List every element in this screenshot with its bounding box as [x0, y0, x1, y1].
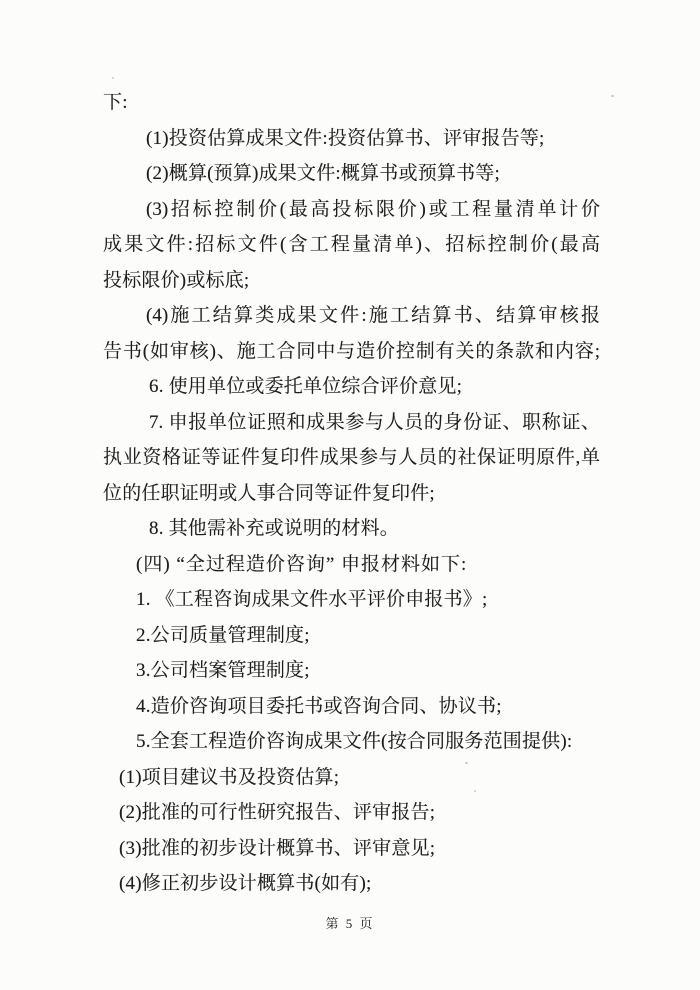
text-line: 告书(如审核)、施工合同中与造价控制有关的条款和内容; — [103, 334, 600, 370]
document-body: 下: (1)投资估算成果文件:投资估算书、评审报告等; (2)概算(预算)成果文… — [103, 85, 600, 902]
text-line: (1)投资估算成果文件:投资估算书、评审报告等; — [103, 121, 600, 157]
scan-speck — [474, 790, 476, 792]
page-number: 第 5 页 — [0, 915, 700, 933]
text-line: (3)招标控制价(最高投标限价)或工程量清单计价 — [103, 192, 600, 228]
text-line: 下: — [103, 85, 600, 121]
text-line: 7. 申报单位证照和成果参与人员的身份证、职称证、 — [103, 405, 600, 441]
text-line: (四) “全过程造价咨询” 申报材料如下: — [103, 547, 600, 583]
text-line: 3.公司档案管理制度; — [103, 653, 600, 689]
text-line: 2.公司质量管理制度; — [103, 618, 600, 654]
scan-speck — [465, 762, 468, 764]
text-line: 位的任职证明或人事合同等证件复印件; — [103, 476, 600, 512]
text-line: 成果文件:招标文件(含工程量清单)、招标控制价(最高 — [103, 227, 600, 263]
text-line: (2)概算(预算)成果文件:概算书或预算书等; — [103, 156, 600, 192]
text-line: 1. 《工程咨询成果文件水平评价申报书》; — [103, 582, 600, 618]
text-line: 投标限价)或标底; — [103, 263, 600, 299]
text-line: (2)批准的可行性研究报告、评审报告; — [103, 795, 600, 831]
text-line: (1)项目建议书及投资估算; — [103, 760, 600, 796]
text-line: 执业资格证等证件复印件成果参与人员的社保证明原件,单 — [103, 440, 600, 476]
text-line: (4)修正初步设计概算书(如有); — [103, 866, 600, 902]
document-page: 下: (1)投资估算成果文件:投资估算书、评审报告等; (2)概算(预算)成果文… — [0, 0, 700, 990]
scan-speck — [112, 77, 114, 79]
text-line: 6. 使用单位或委托单位综合评价意见; — [103, 369, 600, 405]
text-line: 8. 其他需补充或说明的材料。 — [103, 511, 600, 547]
text-line: (3)批准的初步设计概算书、评审意见; — [103, 831, 600, 867]
text-line: (4)施工结算类成果文件:施工结算书、结算审核报 — [103, 298, 600, 334]
scan-speck — [611, 95, 614, 97]
text-line: 5.全套工程造价咨询成果文件(按合同服务范围提供): — [103, 724, 600, 760]
text-line: 4.造价咨询项目委托书或咨询合同、协议书; — [103, 689, 600, 725]
